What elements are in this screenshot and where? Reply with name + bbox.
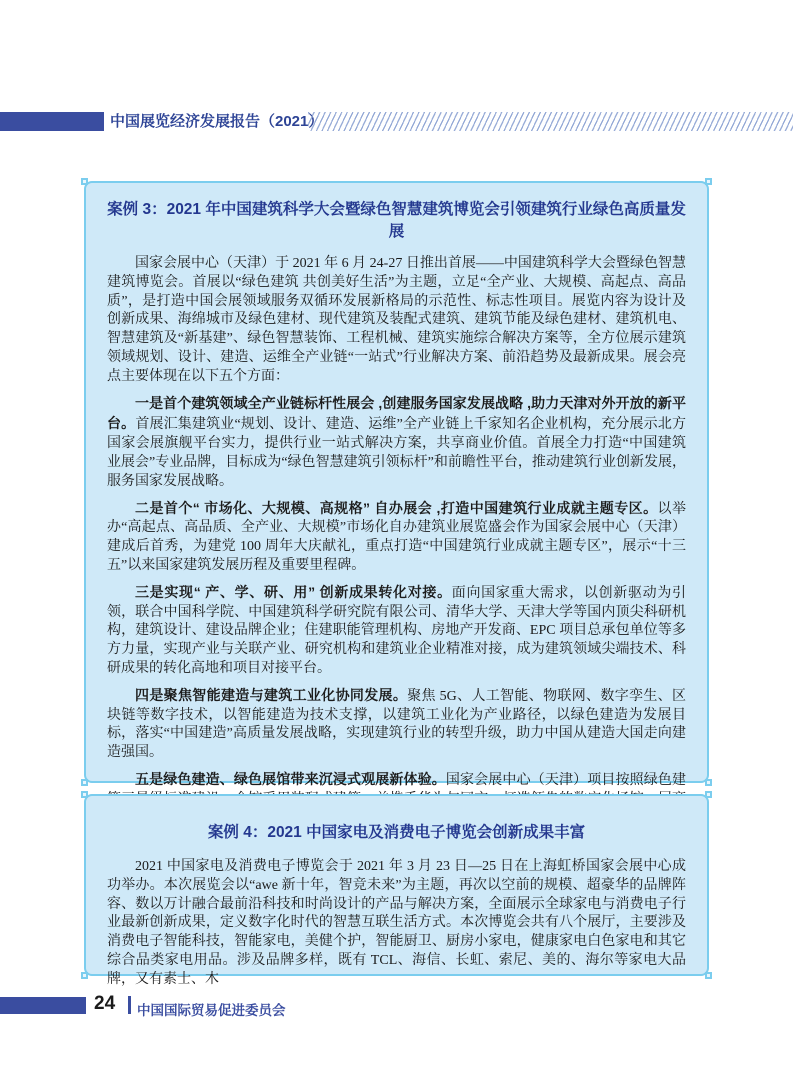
case3-box: 案例 3：2021 年中国建筑科学大会暨绿色智慧建筑博览会引领建筑行业绿色高质量… (84, 181, 709, 783)
paragraph-body: 首展汇集建筑业“规划、设计、建造、运维”全产业链上千家知名企业机构，充分展示北方… (107, 417, 686, 488)
case3-paragraph: 四是聚焦智能建造与建筑工业化协同发展。聚焦 5G、人工智能、物联网、数字孪生、区… (107, 686, 686, 763)
footer-accent-bar (0, 997, 86, 1014)
case4-title: 案例 4：2021 中国家电及消费电子博览会创新成果丰富 (107, 822, 686, 844)
case3-paragraph: 三是实现“ 产、学、研、用” 创新成果转化对接。面向国家重大需求，以创新驱动为引… (107, 583, 686, 679)
corner-ornament-bottom-left (81, 972, 88, 979)
paragraph-lead: 三是实现“ 产、学、研、用” 创新成果转化对接。 (135, 584, 452, 600)
case3-paragraph: 一是首个建筑领域全产业链标杆性展会 ,创建服务国家发展战略 ,助力天津对外开放的… (107, 394, 686, 492)
corner-ornament-top-left (81, 791, 88, 798)
page-number: 24 (94, 993, 115, 1015)
corner-ornament-bottom-right (705, 779, 712, 786)
report-title: 中国展览经济发展报告（2021） (110, 110, 323, 133)
case3-paragraph: 国家会展中心（天津）于 2021 年 6 月 24-27 日推出首展——中国建筑… (107, 253, 686, 387)
header-hatch-pattern (308, 112, 793, 131)
case4-box: 案例 4：2021 中国家电及消费电子博览会创新成果丰富 2021 中国家电及消… (84, 794, 709, 976)
case3-paragraph: 二是首个“ 市场化、大规模、高规格” 自办展会 ,打造中国建筑行业成就主题专区。… (107, 499, 686, 576)
paragraph-body: 国家会展中心（天津）于 2021 年 6 月 24-27 日推出首展——中国建筑… (107, 256, 686, 384)
case4-paragraph: 2021 中国家电及消费电子博览会于 2021 年 3 月 23 日—25 日在… (107, 856, 686, 990)
paragraph-lead: 二是首个“ 市场化、大规模、高规格” 自办展会 ,打造中国建筑行业成就主题专区。 (135, 500, 658, 516)
footer-divider (128, 996, 131, 1014)
paragraph-lead: 四是聚焦智能建造与建筑工业化协同发展。 (135, 687, 407, 703)
header-accent-bar (0, 112, 104, 131)
footer-organization: 中国国际贸易促进委员会 (137, 999, 286, 1019)
case3-title: 案例 3：2021 年中国建筑科学大会暨绿色智慧建筑博览会引领建筑行业绿色高质量… (107, 199, 686, 243)
paragraph-body: 2021 中国家电及消费电子博览会于 2021 年 3 月 23 日—25 日在… (107, 859, 686, 987)
paragraph-lead: 五是绿色建造、绿色展馆带来沉浸式观展新体验。 (135, 771, 446, 787)
corner-ornament-top-right (705, 178, 712, 185)
report-page: 中国展览经济发展报告（2021） 案例 3：2021 年中国建筑科学大会暨绿色智… (0, 0, 793, 1077)
corner-ornament-bottom-left (81, 779, 88, 786)
corner-ornament-bottom-right (705, 972, 712, 979)
corner-ornament-top-left (81, 178, 88, 185)
corner-ornament-top-right (705, 791, 712, 798)
